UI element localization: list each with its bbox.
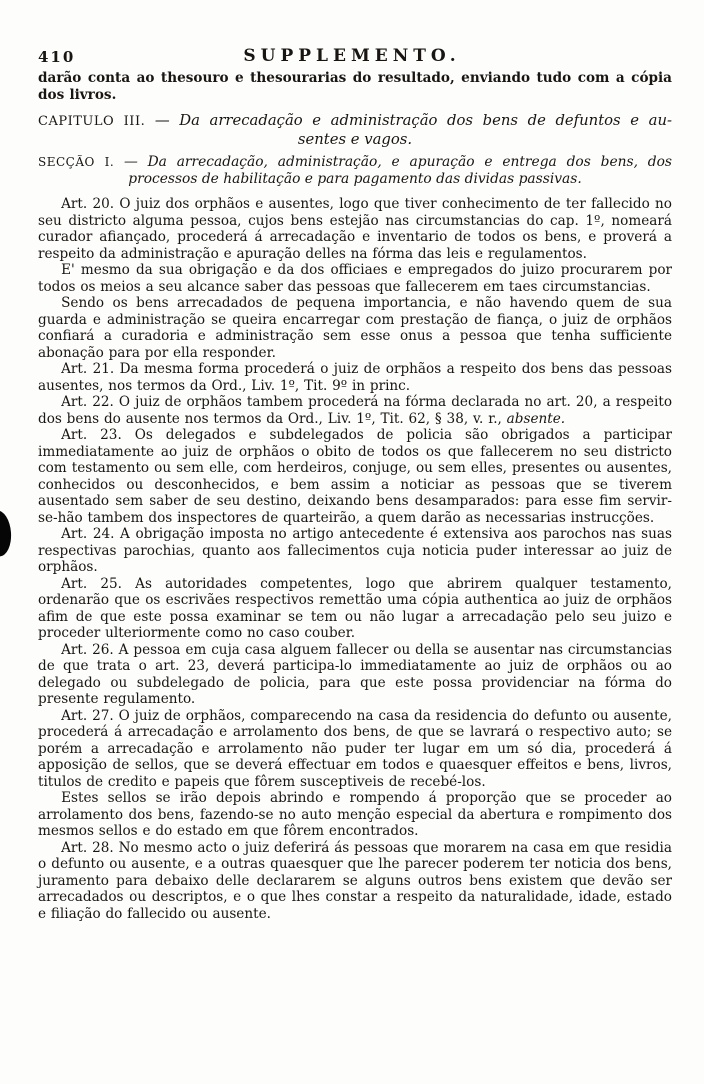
chapter-heading-label: CAPITULO III. [38,114,145,129]
chapter-heading: CAPITULO III. — Da arrecadação e adminis… [38,112,672,148]
article-20-continuation-1: E' mesmo da sua obrigação e da dos offic… [38,262,672,295]
page-body: darão conta ao thesouro e thesourarias d… [38,70,672,922]
article-26: Art. 26. A pessoa em cuja casa alguem fa… [38,642,672,708]
section-heading-text-line2: processos de habilitação e para pagament… [38,171,672,188]
chapter-heading-text-line2: sentes e vagos. [38,131,672,149]
article-21: Art. 21. Da mesma forma procederá o juiz… [38,361,672,394]
chapter-heading-text-line1: — Da arrecadação e administração dos ben… [145,112,672,129]
article-22: Art. 22. O juiz de orphãos tambem proced… [38,394,672,427]
section-heading-label: SECÇÃO I. [38,155,114,169]
section-heading-text-line1: — Da arrecadação, administração, e apura… [114,154,672,170]
article-20-continuation-2: Sendo os bens arrecadados de pequena imp… [38,295,672,361]
article-20: Art. 20. O juiz dos orphãos e ausentes, … [38,196,672,262]
article-22-italic-citation: absente. [507,411,565,427]
page-title: SUPPLEMENTO. [0,46,704,66]
article-27: Art. 27. O juiz de orphãos, comparecendo… [38,708,672,791]
document-page: 410 SUPPLEMENTO. darão conta ao thesouro… [0,0,704,1084]
ink-blot-artifact [0,510,13,557]
section-heading: SECÇÃO I. — Da arrecadação, administraçã… [38,154,672,188]
article-25: Art. 25. As autoridades competentes, log… [38,576,672,642]
carryover-paragraph: darão conta ao thesouro e thesourarias d… [38,70,672,103]
article-27-continuation: Estes sellos se irão depois abrindo e ro… [38,790,672,840]
article-23: Art. 23. Os delegados e subdelegados de … [38,427,672,526]
article-28: Art. 28. No mesmo acto o juiz deferirá á… [38,840,672,923]
article-24: Art. 24. A obrigação imposta no artigo a… [38,526,672,576]
